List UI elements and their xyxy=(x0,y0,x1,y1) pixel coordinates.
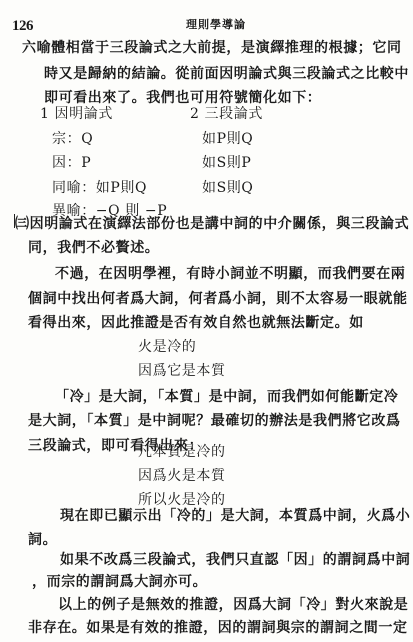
paragraph-line: ，而宗的謂詞爲大詞亦可。 xyxy=(32,574,207,590)
example-line: 所以火是冷的 xyxy=(138,492,226,508)
paragraph-line: 時又是歸納的結論。從前面因明論式與三段論式之比較中 xyxy=(44,66,409,82)
comparison-right-heading: 2 三段論式 xyxy=(190,106,263,122)
paragraph-line: 六喻體相當于三段論式之大前提，是演繹推理的根據；它同 xyxy=(22,40,402,56)
comparison-right-row: 如P則Q xyxy=(202,131,253,147)
comparison-right-row: 如S則Q xyxy=(202,180,253,196)
paragraph-line: ㈢因明論式在演繹法部份也是講中詞的中介關係，與三段論式 xyxy=(15,216,409,232)
paragraph-line: 如果不改爲三段論式，我們只直認「因」的謂詞爲中詞 xyxy=(60,552,410,568)
comparison-right-row: 如S則P xyxy=(202,155,251,171)
running-title: 理則學導論 xyxy=(186,16,246,32)
page-number: 126 xyxy=(12,18,33,35)
paragraph-line: 個詞中找出何者爲大詞，何者爲小詞，則不太容易一眼就能 xyxy=(28,291,408,307)
example-line: 火是冷的 xyxy=(138,339,196,355)
paragraph-line: 看得出來，因此推證是否有效自然也就無法斷定。如 xyxy=(28,315,364,331)
paragraph-line: 是大詞，「本質」是中詞呢？最確切的辦法是我們將它改爲 xyxy=(28,413,401,429)
comparison-left-heading: 1 因明論式 xyxy=(40,106,113,122)
example-line: 因爲火是本質 xyxy=(138,468,226,484)
paragraph-line: 「冷」是大詞，「本質」是中詞，而我們如何能斷定冷 xyxy=(55,389,398,405)
example-line: 因爲它是本質 xyxy=(138,363,226,379)
comparison-left-row: 宗：Q xyxy=(52,131,93,147)
paragraph-line: 詞。 xyxy=(28,532,57,548)
paragraph-line: 即可看出來了。我們也可用符號簡化如下： xyxy=(44,90,321,106)
example-line: 凡本質是冷的 xyxy=(138,444,226,460)
paragraph-line: 以上的例子是無效的推證，因爲大詞「冷」對火來說是 xyxy=(58,597,408,613)
comparison-left-row: 同喻：如P則Q xyxy=(52,180,147,196)
paragraph-line: 現在即已顯示出「冷的」是大詞，本質爲中詞，火爲小 xyxy=(60,508,410,524)
paragraph-line: 同，我們不必贅述。 xyxy=(28,240,159,256)
book-page: 126 理則學導論 六喻體相當于三段論式之大前提，是演繹推理的根據；它同 時又是… xyxy=(0,0,413,642)
paragraph-line: 非存在。如果是有效的推證，因的謂詞與宗的謂詞之間一定 xyxy=(28,620,408,636)
comparison-left-row: 因：P xyxy=(52,155,91,171)
paragraph-line: 不過，在因明學裡，有時小詞並不明顯，而我們要在兩 xyxy=(55,266,405,282)
